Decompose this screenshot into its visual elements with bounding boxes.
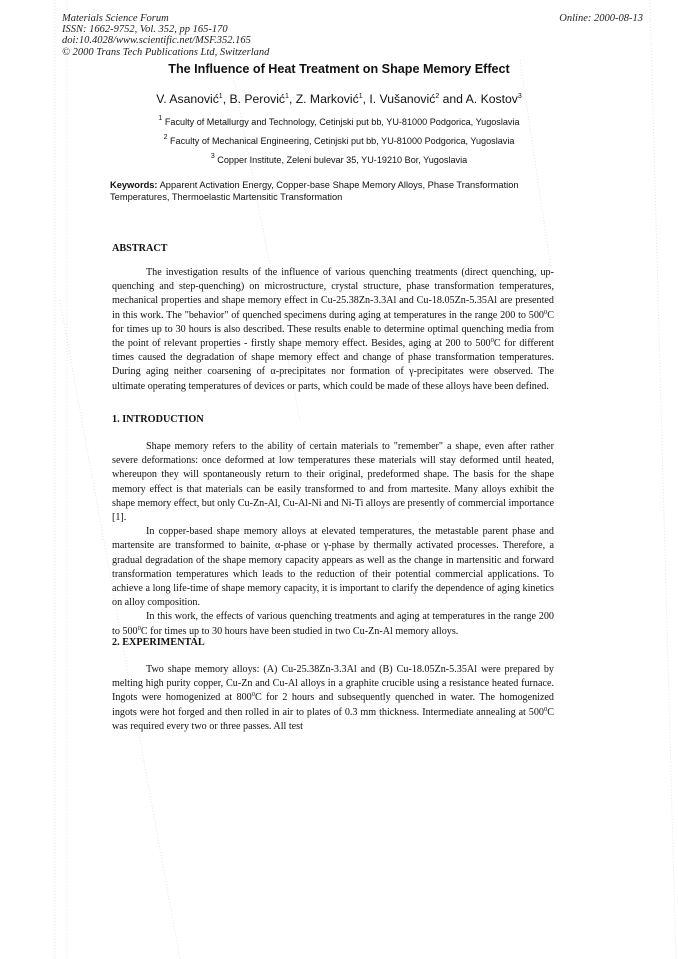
paragraph: Two shape memory alloys: (A) Cu-25.38Zn-… [112, 663, 554, 734]
keywords-text: Apparent Activation Energy, Copper-base … [110, 180, 519, 202]
affiliation: 1 Faculty of Metallurgy and Technology, … [0, 113, 678, 132]
abstract-body: The investigation results of the influen… [112, 266, 554, 394]
author: Z. Marković1, [296, 92, 370, 106]
abstract-heading: ABSTRACT [112, 243, 167, 254]
author: I. Vušanović2 and [369, 92, 465, 106]
doi-line: doi:10.4028/www.scientific.net/MSF.352.1… [62, 35, 269, 46]
experimental-heading: 2. EXPERIMENTAL [112, 637, 205, 648]
introduction-body: Shape memory refers to the ability of ce… [112, 440, 554, 639]
author: B. Perović1, [229, 92, 295, 106]
copyright-line: © 2000 Trans Tech Publications Ltd, Swit… [62, 47, 269, 58]
issn-line: ISSN: 1662-9752, Vol. 352, pp 165-170 [62, 24, 269, 35]
author-list: V. Asanović1, B. Perović1, Z. Marković1,… [0, 92, 678, 106]
journal-name: Materials Science Forum [62, 13, 269, 24]
paragraph: The investigation results of the influen… [112, 266, 554, 394]
journal-info: Materials Science Forum ISSN: 1662-9752,… [62, 13, 269, 58]
affiliations: 1 Faculty of Metallurgy and Technology, … [0, 113, 678, 170]
author: A. Kostov3 [466, 92, 522, 106]
keywords: Keywords: Apparent Activation Energy, Co… [110, 180, 580, 203]
online-date: Online: 2000-08-13 [559, 13, 643, 24]
paragraph: In copper-based shape memory alloys at e… [112, 525, 554, 610]
author: V. Asanović1, [156, 92, 229, 106]
paragraph: In this work, the effects of various que… [112, 610, 554, 638]
introduction-heading: 1. INTRODUCTION [112, 414, 204, 425]
affiliation: 2 Faculty of Mechanical Engineering, Cet… [0, 132, 678, 151]
experimental-body: Two shape memory alloys: (A) Cu-25.38Zn-… [112, 663, 554, 734]
paper-title: The Influence of Heat Treatment on Shape… [0, 62, 678, 76]
affiliation: 3 Copper Institute, Zeleni bulevar 35, Y… [0, 151, 678, 170]
keywords-label: Keywords: [110, 180, 158, 190]
paragraph: Shape memory refers to the ability of ce… [112, 440, 554, 525]
